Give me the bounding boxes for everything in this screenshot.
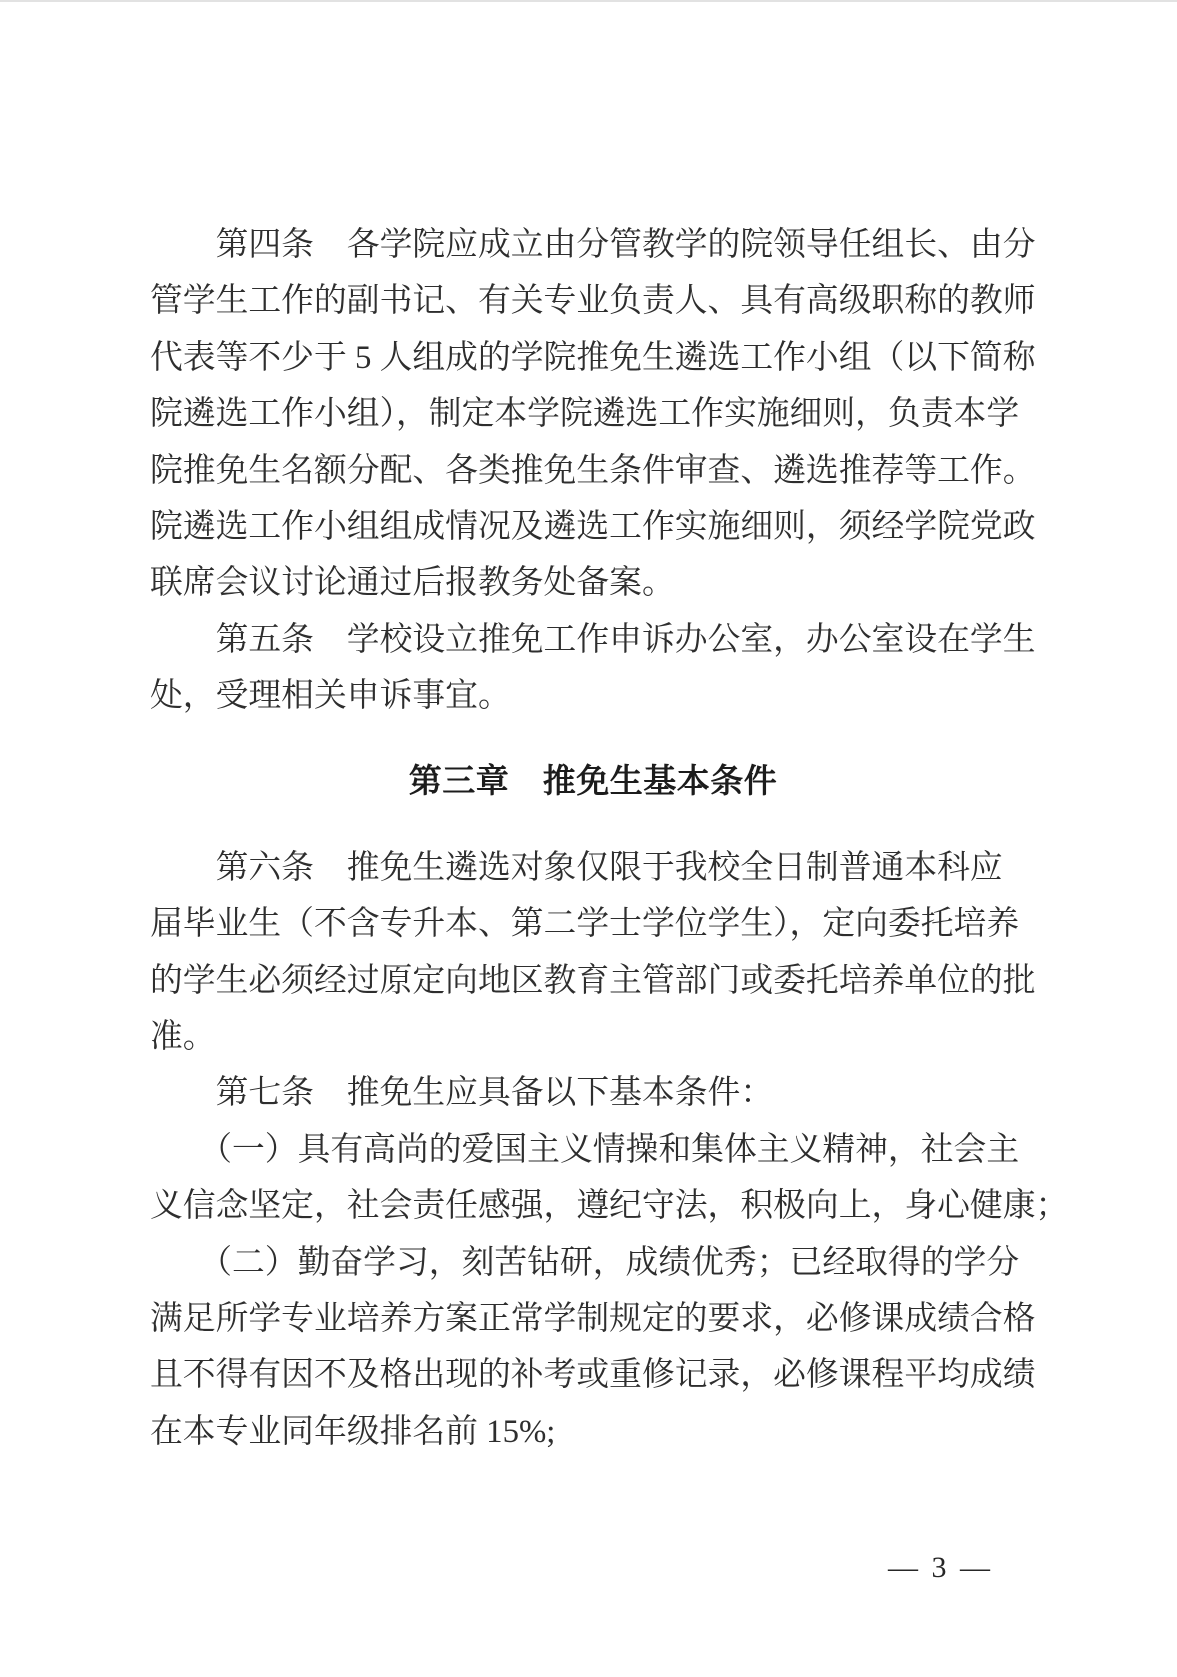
document-line: 义信念坚定，社会责任感强，遵纪守法，积极向上，身心健康； xyxy=(150,1178,1036,1234)
document-body: 第四条 各学院应成立由分管教学的院领导任组长、由分 管学生工作的副书记、有关专业… xyxy=(150,217,1036,1460)
document-line: 第五条 学校设立推免工作申诉办公室，办公室设在学生 xyxy=(150,612,1036,668)
document-line: 准。 xyxy=(150,1009,1036,1065)
page-number: — 3 — xyxy=(888,1551,993,1585)
document-line: 在本专业同年级排名前 15%; xyxy=(150,1404,1036,1460)
document-line: 满足所学专业培养方案正常学制规定的要求，必修课成绩合格 xyxy=(150,1291,1036,1347)
document-line: 的学生必须经过原定向地区教育主管部门或委托培养单位的批 xyxy=(150,953,1036,1009)
document-line: 第四条 各学院应成立由分管教学的院领导任组长、由分 xyxy=(150,217,1036,273)
article-4-5-section: 第四条 各学院应成立由分管教学的院领导任组长、由分 管学生工作的副书记、有关专业… xyxy=(150,217,1036,725)
document-line: 且不得有因不及格出现的补考或重修记录，必修课程平均成绩 xyxy=(150,1347,1036,1403)
document-line: （一）具有高尚的爱国主义情操和集体主义精神，社会主 xyxy=(150,1122,1036,1178)
document-line: 院遴选工作小组组成情况及遴选工作实施细则，须经学院党政 xyxy=(150,499,1036,555)
document-line: 处，受理相关申诉事宜。 xyxy=(150,668,1036,724)
document-line: 第六条 推免生遴选对象仅限于我校全日制普通本科应 xyxy=(150,840,1036,896)
document-line: （二）勤奋学习，刻苦钻研，成绩优秀；已经取得的学分 xyxy=(150,1235,1036,1291)
chapter-heading: 第三章 推免生基本条件 xyxy=(150,753,1036,809)
document-line: 届毕业生（不含专升本、第二学士学位学生），定向委托培养 xyxy=(150,896,1036,952)
document-line: 第七条 推免生应具备以下基本条件： xyxy=(150,1065,1036,1121)
document-line: 院推免生名额分配、各类推免生条件审查、遴选推荐等工作。 xyxy=(150,443,1036,499)
document-line: 联席会议讨论通过后报教务处备案。 xyxy=(150,555,1036,611)
document-page: 第四条 各学院应成立由分管教学的院领导任组长、由分 管学生工作的副书记、有关专业… xyxy=(0,0,1177,1677)
document-line: 代表等不少于 5 人组成的学院推免生遴选工作小组（以下简称 xyxy=(150,330,1036,386)
document-line: 院遴选工作小组），制定本学院遴选工作实施细则，负责本学 xyxy=(150,386,1036,442)
document-line: 管学生工作的副书记、有关专业负责人、具有高级职称的教师 xyxy=(150,273,1036,329)
article-6-7-section: 第六条 推免生遴选对象仅限于我校全日制普通本科应 届毕业生（不含专升本、第二学士… xyxy=(150,840,1036,1460)
